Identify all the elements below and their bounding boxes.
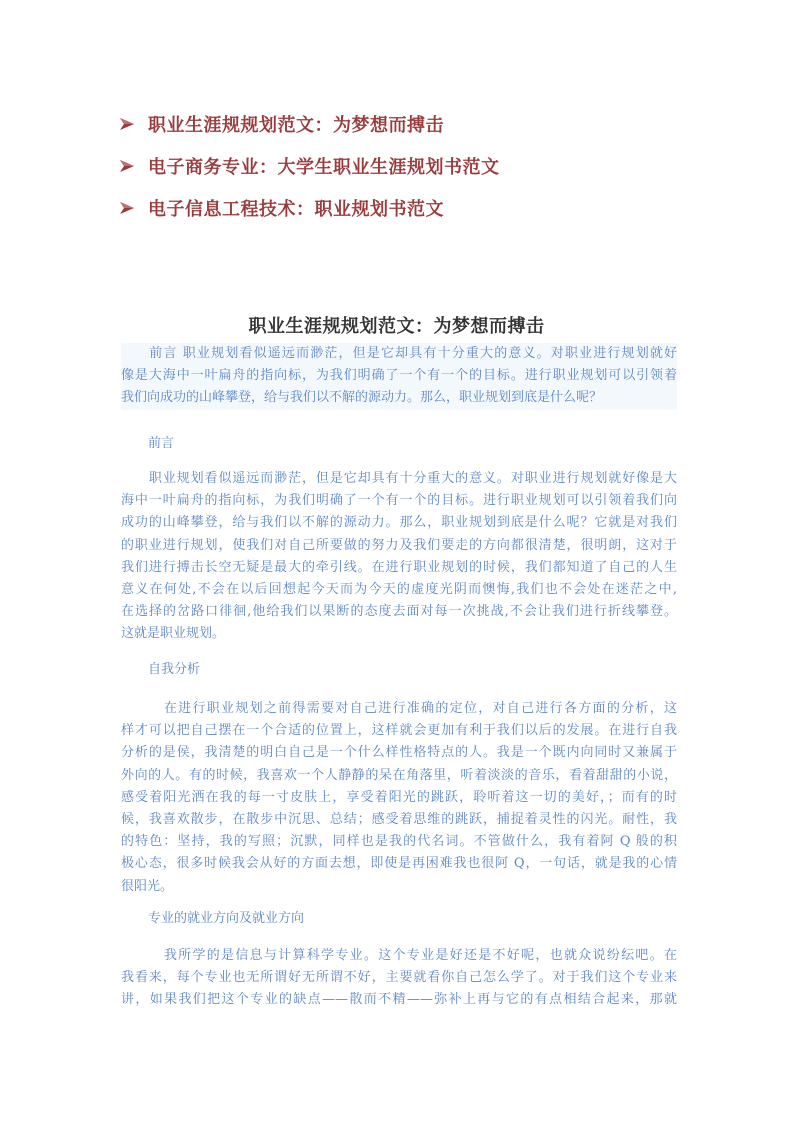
- section-paragraph: 我所学的是信息与计算科学专业。这个专业是好还是不好呢，也就众说纷纭吧。在 我看来…: [121, 945, 677, 1012]
- text-line: 极心态，很多时候我会从好的方面去想，即使是再困难我也很阿 Q，一句话，就是我的心…: [121, 853, 677, 875]
- section-heading: 自我分析: [148, 658, 200, 677]
- section-heading: 前言: [148, 432, 174, 451]
- text-line: 意义在何处,不会在以后回想起今天而为今天的虚度光阴而懊悔,我们也不会处在迷茫之中…: [121, 579, 677, 601]
- text-line: 很阳光。: [121, 876, 677, 898]
- text-line: 在选择的岔路口徘徊,他给我们以果断的态度去面对每一次挑战,不会让我们进行折线攀登…: [121, 601, 677, 623]
- text-line: 在进行职业规划之前得需要对自己进行准确的定位，对自己进行各方面的分析，这: [121, 698, 677, 720]
- arrow-bullet-icon: [120, 117, 134, 131]
- section-paragraph: 在进行职业规划之前得需要对自己进行准确的定位，对自己进行各方面的分析，这 样才可…: [121, 698, 677, 898]
- toc-item-label: 电子商务专业：大学生职业生涯规划书范文: [148, 153, 500, 179]
- table-of-contents: 职业生涯规规划范文：为梦想而搏击 电子商务专业：大学生职业生涯规划书范文 电子信…: [120, 103, 500, 229]
- text-line: 像是大海中一叶扁舟的指向标，为我们明确了一个有一个的目标。进行职业规划可以引领着: [121, 365, 677, 387]
- toc-item[interactable]: 职业生涯规规划范文：为梦想而搏击: [120, 103, 500, 145]
- text-line: 这就是职业规划。: [121, 623, 677, 645]
- text-line: 的特色：坚持，我的写照；沉默，同样也是我的代名词。不管做什么，我有着阿 Q 般的…: [121, 831, 677, 853]
- toc-item[interactable]: 电子商务专业：大学生职业生涯规划书范文: [120, 145, 500, 187]
- toc-item-label: 电子信息工程技术：职业规划书范文: [148, 195, 444, 221]
- intro-paragraph: 前言 职业规划看似遥远而渺茫，但是它却具有十分重大的意义。对职业进行规划就好 像…: [121, 343, 677, 410]
- document-page: 职业生涯规规划范文：为梦想而搏击 电子商务专业：大学生职业生涯规划书范文 电子信…: [0, 0, 793, 1122]
- text-line: 分析的是侯，我清楚的明白自己是一个什么样性格特点的人。我是一个既内向同时又兼属于: [121, 742, 677, 764]
- toc-item[interactable]: 电子信息工程技术：职业规划书范文: [120, 187, 500, 229]
- text-line: 我们向成功的山峰攀登，给与我们以不解的源动力。那么，职业规划到底是什么呢？: [121, 387, 677, 409]
- text-line: 海中一叶扁舟的指向标，为我们明确了一个有一个的目标。进行职业规划可以引领着我们向: [121, 490, 677, 512]
- arrow-bullet-icon: [120, 201, 134, 215]
- text-line: 外向的人。有的时候，我喜欢一个人静静的呆在角落里，听着淡淡的音乐，看着甜甜的小说…: [121, 765, 677, 787]
- text-line: 前言 职业规划看似遥远而渺茫，但是它却具有十分重大的意义。对职业进行规划就好: [121, 343, 677, 365]
- text-line: 我所学的是信息与计算科学专业。这个专业是好还是不好呢，也就众说纷纭吧。在: [121, 945, 677, 967]
- text-line: 的职业进行规划，使我们对自己所要做的努力及我们要走的方向都很清楚，很明朗，这对于: [121, 535, 677, 557]
- text-line: 职业规划看似遥远而渺茫，但是它却具有十分重大的意义。对职业进行规划就好像是大: [121, 468, 677, 490]
- section-paragraph: 职业规划看似遥远而渺茫，但是它却具有十分重大的意义。对职业进行规划就好像是大 海…: [121, 468, 677, 646]
- article-title: 职业生涯规规划范文：为梦想而搏击: [0, 312, 793, 338]
- arrow-bullet-icon: [120, 159, 134, 173]
- text-line: 我们进行搏击长空无疑是最大的牵引线。在进行职业规划的时候，我们都知道了自己的人生: [121, 557, 677, 579]
- text-line: 我看来，每个专业也无所谓好无所谓不好，主要就看你自己怎么学了。对于我们这个专业来: [121, 967, 677, 989]
- section-heading: 专业的就业方向及就业方向: [148, 907, 304, 926]
- text-line: 感受着阳光洒在我的每一寸皮肤上，享受着阳光的跳跃，聆听着这一切的美好，；而有的时: [121, 787, 677, 809]
- text-line: 成功的山峰攀登，给与我们以不解的源动力。那么，职业规划到底是什么呢？它就是对我们: [121, 512, 677, 534]
- text-line: 讲，如果我们把这个专业的缺点——散而不精——弥补上再与它的有点相结合起来，那就: [121, 989, 677, 1011]
- text-line: 候，我喜欢散步，在散步中沉思、总结；感受着思维的跳跃，捕捉着灵性的闪光。耐性，我: [121, 809, 677, 831]
- text-line: 样才可以把自己摆在一个合适的位置上，这样就会更加有利于我们以后的发展。在进行自我: [121, 720, 677, 742]
- toc-item-label: 职业生涯规规划范文：为梦想而搏击: [148, 111, 444, 137]
